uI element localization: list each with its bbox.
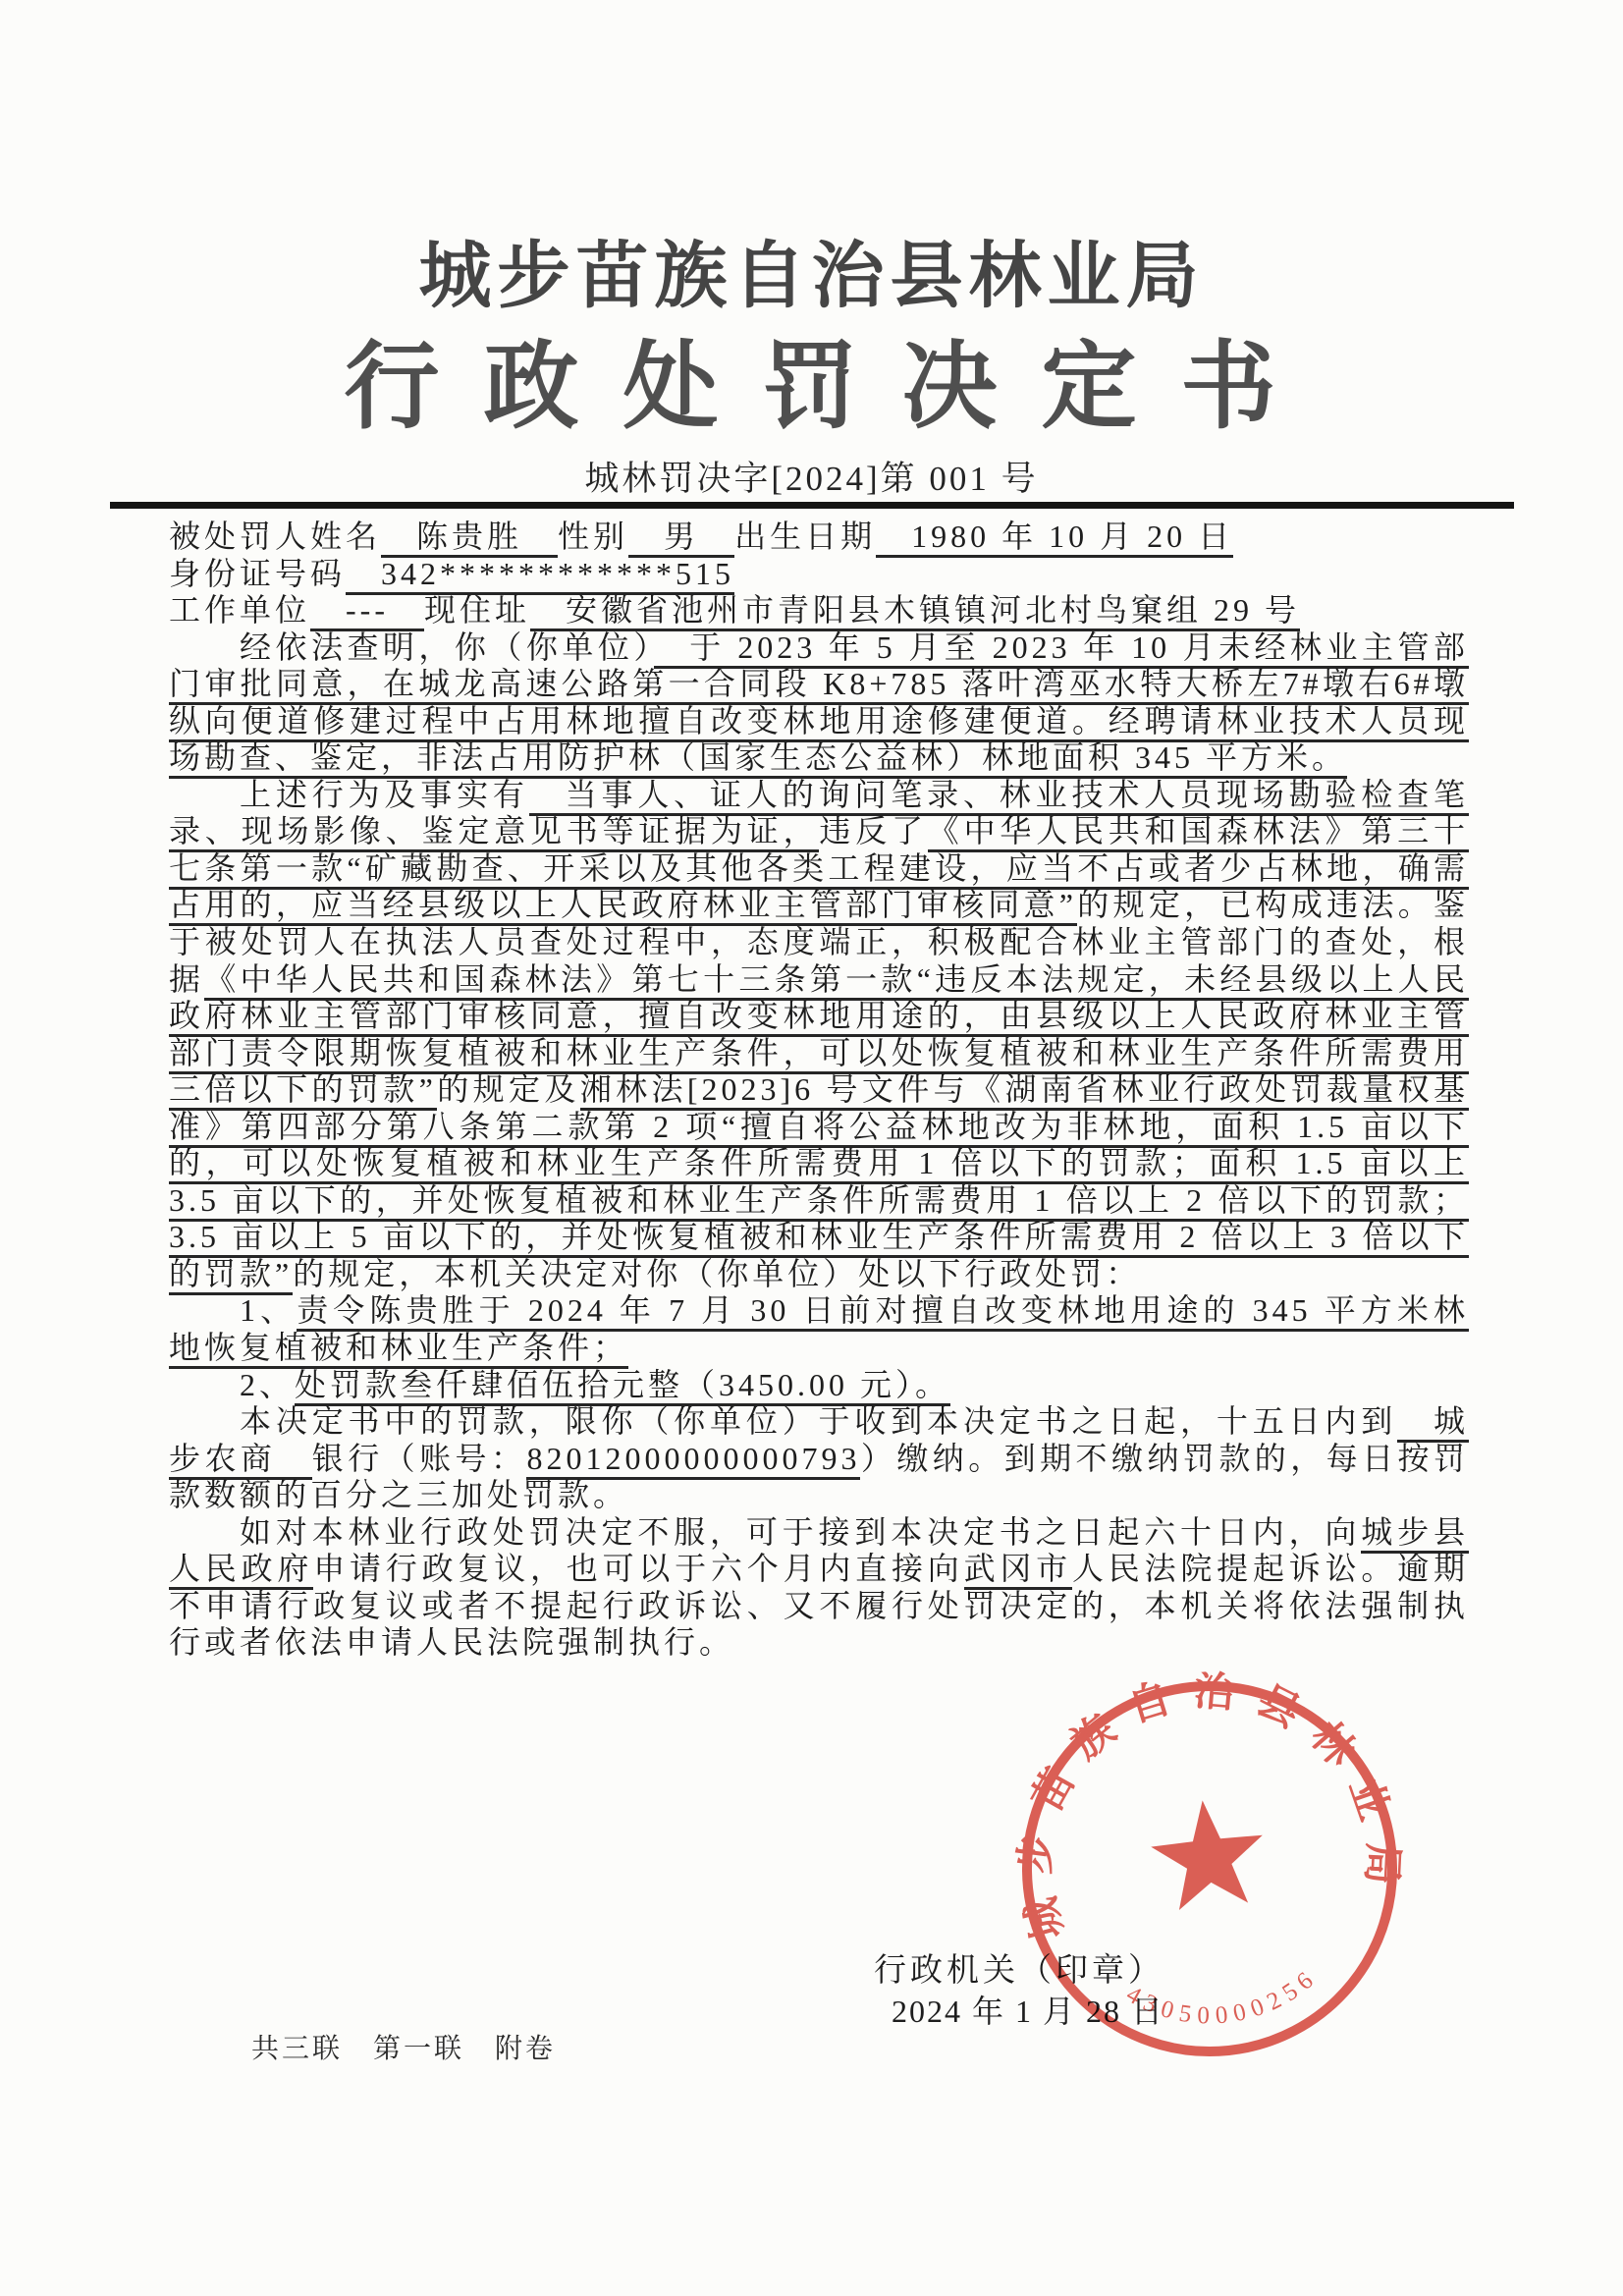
header-divider (110, 502, 1514, 509)
filled-value: 安徽省池州市青阳县木镇镇河北村鸟窠组 29 号 (530, 592, 1300, 631)
text-run: 2、 (240, 1367, 295, 1402)
text-run: 如对本林业行政处罚决定不服，可于接到本决定书之日起六十日内，向 (240, 1514, 1361, 1550)
text-run: 上述行为及事实有 (240, 777, 529, 812)
document-page: 城步苗族自治县林业局 行政处罚决定书 城林罚决字[2024]第 001 号 被处… (0, 0, 1623, 2296)
filled-value: 武冈市 (964, 1551, 1072, 1590)
text-run: 出生日期 (734, 519, 876, 554)
text-run: 性别 (558, 519, 628, 554)
seal-arc-text: 城步苗族自治县林业局 (994, 1653, 1411, 1945)
penalty-item-2: 2、处罚款叁仟肆佰伍拾元整（3450.00 元）。 (169, 1367, 1469, 1404)
text-run: 经依法查明，你（你单位） (240, 629, 654, 665)
text-run: 1、 (240, 1292, 297, 1328)
filled-value: 责令陈贵胜于 2024 年 7 月 30 日前对擅自改变林地用途的 345 平方… (169, 1292, 1469, 1369)
text-run: 的规定及 (437, 1071, 580, 1107)
text-run: 申请行政复议，也可以于六个月内直接向 (313, 1551, 963, 1586)
filled-value: 82012000000000793 (526, 1441, 860, 1480)
text-run: 的规定，本机关决定对你（你单位）处以下行政处罚： (293, 1256, 1141, 1291)
info-line-identity: 被处罚人姓名 陈贵胜 性别 男 出生日期 1980 年 10 月 20 日 (169, 519, 1469, 556)
agency-title: 城步苗族自治县林业局 (0, 218, 1623, 322)
text-run: 身份证号码 (169, 556, 346, 591)
document-number: 城林罚决字[2024]第 001 号 (0, 452, 1623, 501)
document-body: 被处罚人姓名 陈贵胜 性别 男 出生日期 1980 年 10 月 20 日身份证… (169, 519, 1469, 1662)
filled-value: 陈贵胜 (381, 519, 558, 558)
filled-value: 342************515 (346, 556, 734, 595)
findings-paragraph: 经依法查明，你（你单位） 于 2023 年 5 月至 2023 年 10 月未经… (169, 629, 1469, 777)
payment-paragraph: 本决定书中的罚款，限你（你单位）于收到本决定书之日起，十五日内到 城步农商 银行… (169, 1403, 1469, 1514)
filled-value: 处罚款叁仟肆佰伍拾元整（3450.00 元）。 (295, 1367, 950, 1406)
filled-value: 男 (628, 519, 734, 558)
text-run: 本决定书中的罚款，限你（你单位）于收到本决定书之日起，十五日内到 (240, 1403, 1397, 1439)
text-run: 违反了 (819, 813, 927, 848)
info-line-work-address: 工作单位 --- 现住址 安徽省池州市青阳县木镇镇河北村鸟窠组 29 号 (169, 592, 1469, 629)
text-run: 工作单位 (169, 592, 310, 628)
official-seal: 城步苗族自治县林业局 43050000256 (994, 1653, 1426, 2085)
filled-value: 1980 年 10 月 20 日 (876, 519, 1233, 558)
legal-basis-paragraph: 上述行为及事实有 当事人、证人的询问笔录、林业技术人员现场勘验检查笔录、现场影像… (169, 777, 1469, 1293)
seal-star-icon (1147, 1794, 1270, 1912)
text-run: 被处罚人姓名 (169, 519, 381, 554)
document-title: 行政处罚决定书 (0, 309, 1623, 447)
filled-value: --- (310, 592, 424, 631)
text-run: 银行（账号： (312, 1441, 527, 1476)
info-line-id-number: 身份证号码 342************515 (169, 556, 1469, 593)
penalty-item-1: 1、责令陈贵胜于 2024 年 7 月 30 日前对擅自改变林地用途的 345 … (169, 1292, 1469, 1366)
appeal-paragraph: 如对本林业行政处罚决定不服，可于接到本决定书之日起六十日内，向城步县人民政府申请… (169, 1514, 1469, 1662)
footer-note: 共三联 第一联 附卷 (251, 2027, 556, 2066)
text-run: 现住址 (424, 592, 530, 628)
